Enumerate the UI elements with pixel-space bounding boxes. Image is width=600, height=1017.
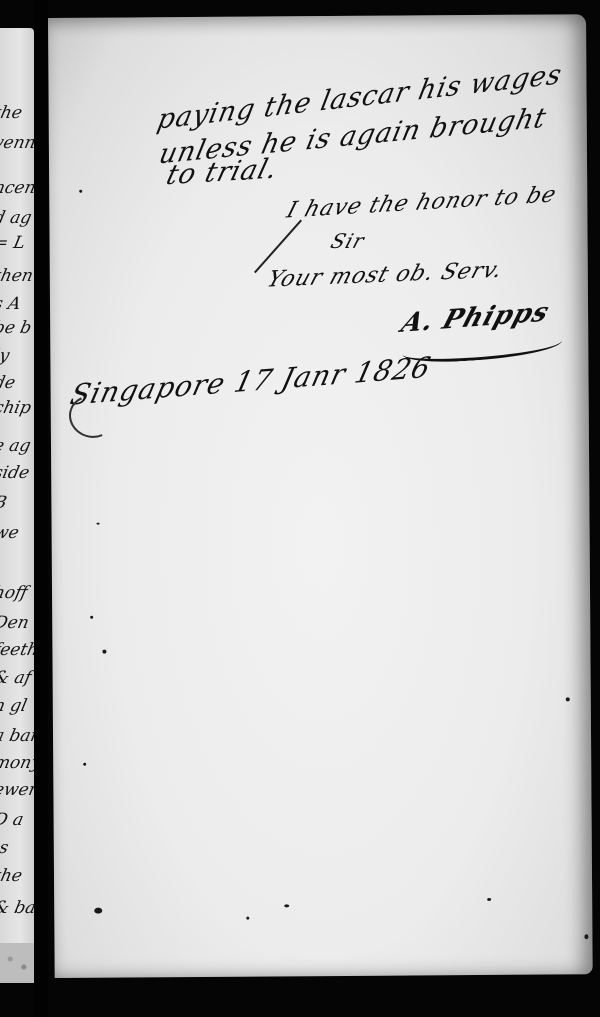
ink-speck: [246, 917, 249, 920]
prev-page-fragment: & af: [0, 668, 33, 688]
ink-speck: [487, 898, 491, 901]
place-and-date: Singapore 17 Janr 1826: [67, 350, 435, 411]
prev-page-fragment: side: [0, 463, 31, 483]
prev-page-fragment: ly: [0, 346, 11, 366]
binding-gutter: [34, 0, 48, 1017]
manuscript-page: paying the lascar his wages unless he is…: [48, 14, 593, 978]
prev-page-fragment: n gl: [0, 696, 29, 716]
prev-page-fragment: ncen: [0, 178, 34, 198]
prev-page-fragment: chip: [0, 398, 33, 418]
prev-page-fragment: hoff: [0, 583, 29, 603]
prev-page-fragment: ewen: [0, 780, 34, 800]
prev-page-fragment: & ba: [0, 898, 34, 918]
prev-page-fragment: e ag: [0, 436, 33, 456]
ink-speck: [90, 616, 93, 619]
prev-page-fragment: mony: [0, 753, 34, 773]
prev-page-fragment: B: [0, 493, 9, 513]
ink-speck: [79, 190, 82, 193]
prev-page-fragment: we: [0, 523, 21, 543]
prev-page-fragment: feeth: [0, 640, 34, 660]
prev-page-fragment: a ban: [0, 726, 34, 746]
ink-speck: [284, 904, 289, 907]
ink-speck: [97, 523, 100, 525]
letter-body-line: to trial.: [163, 153, 281, 191]
pen-flourish: [254, 220, 302, 274]
prev-page-fragment: s A: [0, 294, 23, 314]
closing-salutation: Sir: [328, 229, 368, 253]
ink-blot: [94, 908, 102, 914]
prev-page-fragment: D a: [0, 810, 25, 830]
prev-page-fragment: de: [0, 373, 17, 393]
prev-page-fragment: ·: [0, 418, 2, 438]
prev-page-fragment: ·: [0, 158, 2, 178]
previous-page-edge: the venn · ncen d ag = L then s A be b l…: [0, 28, 34, 983]
prev-page-fragment: d ag: [0, 208, 33, 228]
scanned-microfilm-frame: the venn · ncen d ag = L then s A be b l…: [0, 0, 600, 1017]
ink-speck: [83, 763, 86, 766]
prev-page-fragment: is: [0, 838, 10, 858]
ink-speck: [102, 650, 106, 654]
prev-page-fragment: the: [0, 103, 24, 123]
ink-speck: [584, 934, 588, 939]
ink-speck: [566, 697, 570, 701]
prev-page-fragment: the: [0, 866, 24, 886]
prev-page-fragment: = L: [0, 233, 27, 253]
closing-line: I have the honor to be: [284, 182, 560, 223]
prev-page-fragment: be b: [0, 318, 33, 338]
prev-page-fragment: venn: [0, 133, 34, 153]
prev-page-fragment: Den: [0, 613, 31, 633]
closing-line: Your most ob. Serv.: [264, 258, 506, 293]
page-edge-damage: [0, 943, 34, 983]
prev-page-fragment: then: [0, 266, 34, 286]
